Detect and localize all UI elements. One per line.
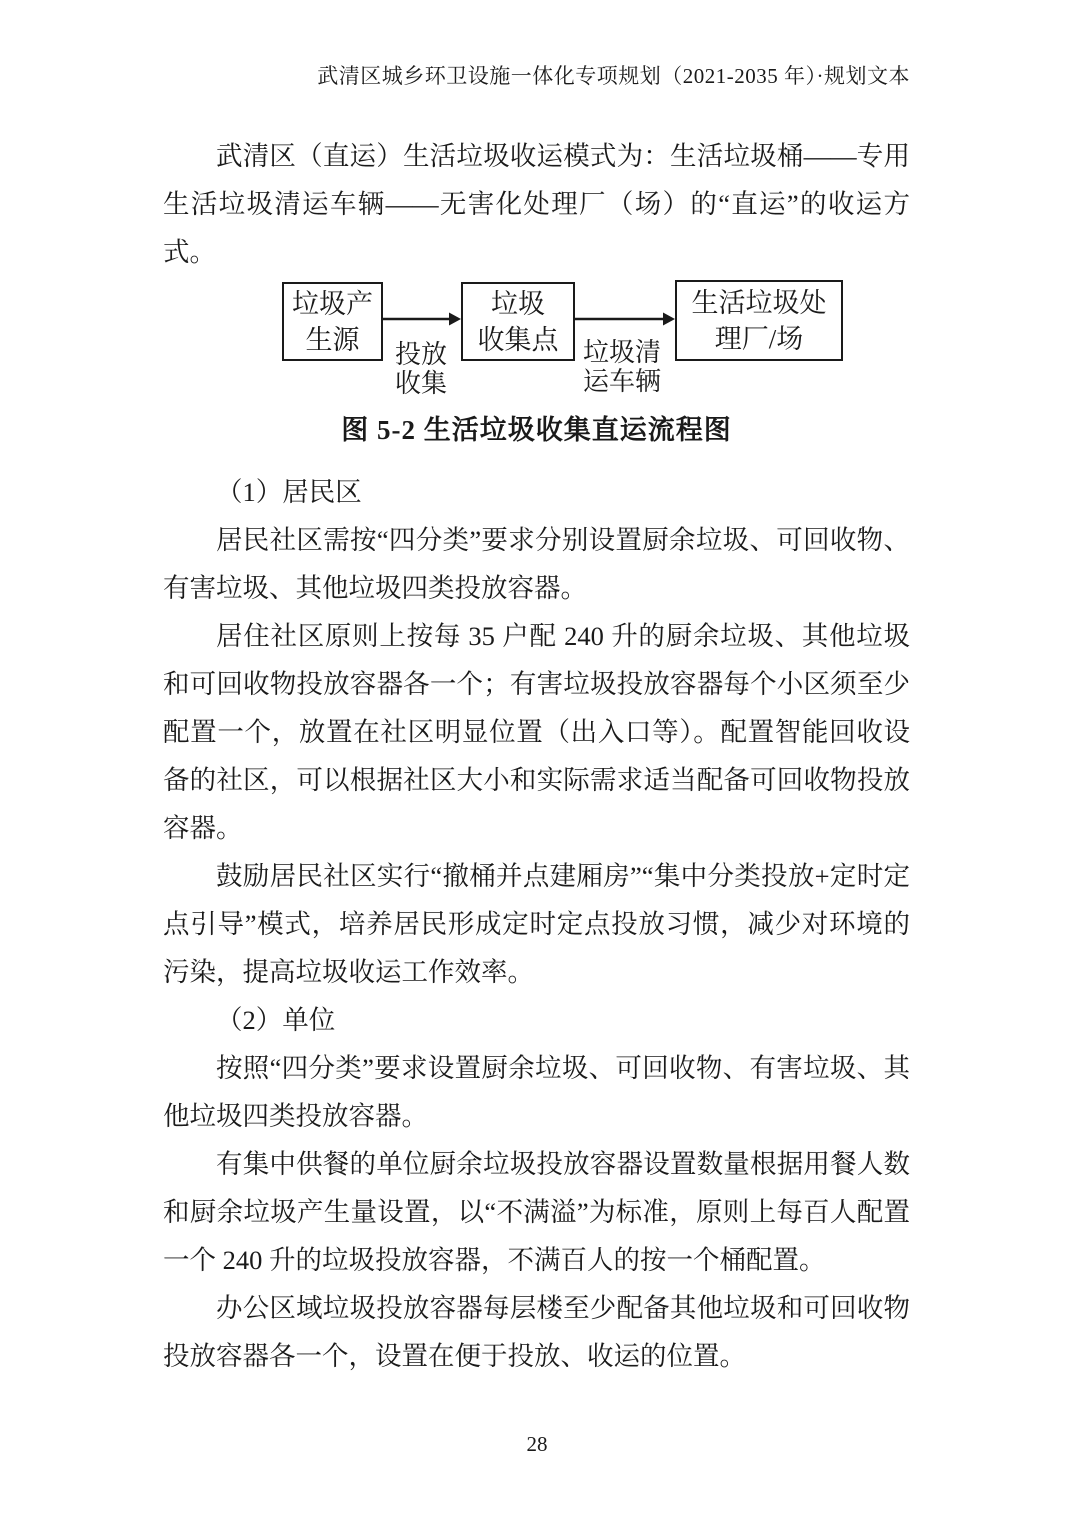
paragraph-heading-units: （2）单位 xyxy=(163,996,910,1044)
content-column: 武清区城乡环卫设施一体化专项规划（2021-2035 年）·规划文本 武清区（直… xyxy=(163,0,910,1380)
diagram-label-transport-vehicle: 垃圾清 运车辆 xyxy=(576,338,668,396)
paragraph-residential-encourage: 鼓励居民社区实行“撤桶并点建厢房”“集中分类投放+定时定点引导”模式，培养居民形… xyxy=(163,852,910,996)
diagram-box-treatment-plant: 生活垃圾处 理厂/场 xyxy=(675,280,843,361)
header-title: 武清区城乡环卫设施一体化专项规划（2021-2035 年）·规划文本 xyxy=(317,64,910,88)
paragraph-residential-containers: 居民社区需按“四分类”要求分别设置厨余垃圾、可回收物、有害垃圾、其他垃圾四类投放… xyxy=(163,516,910,612)
diagram-label-drop-collect: 投放 收集 xyxy=(389,340,453,398)
paragraph-units-canteen: 有集中供餐的单位厨余垃圾投放容器设置数量根据用餐人数和厨余垃圾产生量设置，以“不… xyxy=(163,1140,910,1284)
diagram-box-collection-point: 垃圾 收集点 xyxy=(461,282,575,361)
flow-diagram: 垃圾产 生源 投放 收集 垃圾 收集点 垃圾清 运车辆 生活垃圾处 理厂/场 xyxy=(163,280,910,398)
figure-caption: 图 5-2 生活垃圾收集直运流程图 xyxy=(163,406,910,454)
paragraph-heading-residential: （1）居民区 xyxy=(163,468,910,516)
document-page: 武清区城乡环卫设施一体化专项规划（2021-2035 年）·规划文本 武清区（直… xyxy=(0,0,1074,1520)
arrow-right-icon xyxy=(575,311,675,327)
paragraph-units-containers: 按照“四分类”要求设置厨余垃圾、可回收物、有害垃圾、其他垃圾四类投放容器。 xyxy=(163,1044,910,1140)
paragraph-units-office: 办公区域垃圾投放容器每层楼至少配备其他垃圾和可回收物投放容器各一个，设置在便于投… xyxy=(163,1284,910,1380)
arrow-right-icon xyxy=(383,311,461,327)
page-number: 28 xyxy=(0,1432,1074,1457)
diagram-box-waste-source: 垃圾产 生源 xyxy=(282,282,383,361)
page-header: 武清区城乡环卫设施一体化专项规划（2021-2035 年）·规划文本 xyxy=(163,0,910,88)
paragraph-residential-standards: 居住社区原则上按每 35 户配 240 升的厨余垃圾、其他垃圾和可回收物投放容器… xyxy=(163,612,910,852)
paragraph-intro: 武清区（直运）生活垃圾收运模式为：生活垃圾桶——专用生活垃圾清运车辆——无害化处… xyxy=(163,132,910,276)
body-text: 武清区（直运）生活垃圾收运模式为：生活垃圾桶——专用生活垃圾清运车辆——无害化处… xyxy=(163,132,910,1380)
